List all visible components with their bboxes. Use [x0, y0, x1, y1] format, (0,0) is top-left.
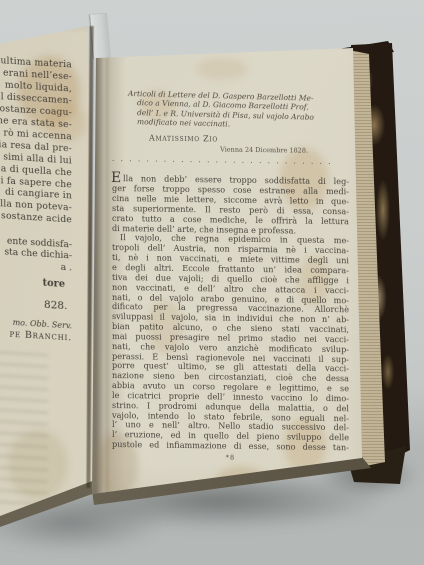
- drop-cap: E: [111, 171, 121, 185]
- book-photo: ’ultima materiaerani nell’ese-molto liqu…: [0, 0, 424, 565]
- foxing-stain: [196, 58, 248, 80]
- dateline: Vienna 24 Dicembre 1828.: [112, 144, 349, 155]
- left-page-text: ’ultima materiaerani nell’ese-molto liqu…: [0, 0, 72, 563]
- salutation: Amatissimo Zio: [149, 134, 349, 146]
- dotted-separator: . . . . . . . . . . . . . . . . . . . . …: [112, 155, 348, 166]
- body-text: E lla non debb’ essere troppo soddisfatt…: [112, 174, 349, 453]
- left-page-year-fragment: 828.: [0, 294, 67, 313]
- left-page-line-fragments: ’ultima materiaerani nell’ese-molto liqu…: [0, 53, 72, 227]
- body-paragraph-1: lla non debb’ essere troppo soddisfatta …: [112, 174, 349, 236]
- right-page-text: Articoli di Lettere del D. Gaspero Barze…: [112, 90, 349, 463]
- letter-heading: Articoli di Lettere del D. Gaspero Barze…: [128, 89, 350, 132]
- text-line: pustole ed infiammazione di esse, sono d…: [112, 440, 349, 453]
- bleed-through-text: [0, 349, 48, 506]
- left-page-closing-fragments: ente soddisfa-sta che dichia-a .: [0, 233, 72, 274]
- body-paragraph-2: Il vajolo, che regna epidemico in questa…: [112, 233, 349, 453]
- left-page-signoff-fragment: tore: [0, 273, 65, 290]
